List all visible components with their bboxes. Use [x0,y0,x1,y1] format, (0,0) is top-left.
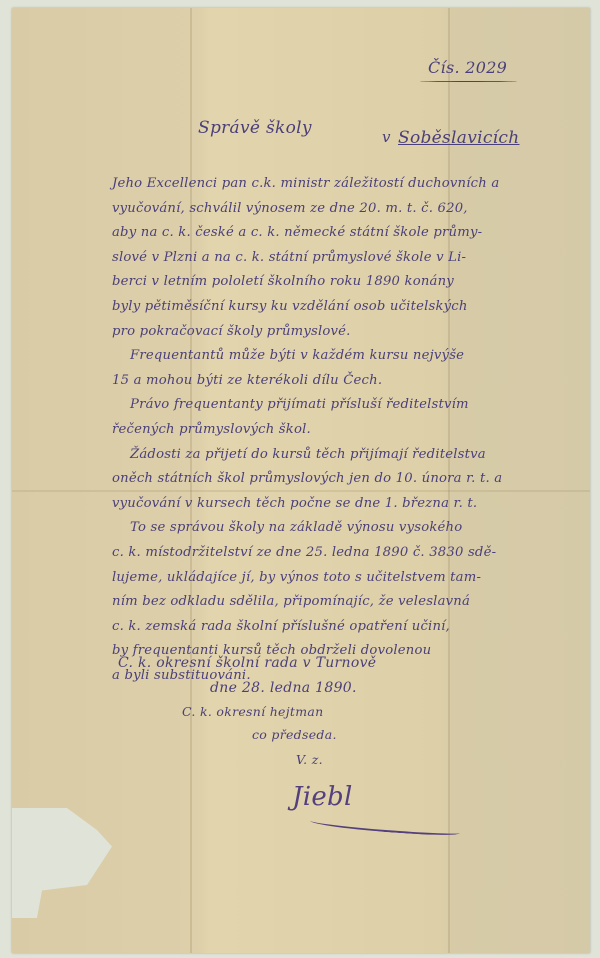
body-line: pro pokračovací školy průmyslové. [112,320,582,345]
closing-date: dne 28. ledna 1890. [210,680,357,696]
addressee-place: Soběslavicích [398,128,520,148]
closing-authority: C. k. okresní školní rada v Turnově [118,655,376,671]
body-line: c. k. místodržitelství ze dne 25. ledna … [112,541,582,566]
body-line: berci v letním pololetí školního roku 18… [112,270,582,295]
torn-corner [12,808,112,918]
body-line: řečených průmyslových škol. [112,418,582,443]
body-line: 15 a mohou býti ze kterékoli dílu Čech. [112,369,582,394]
body-line: Právo frequentanty přijímati přísluší ře… [112,393,582,418]
signature: Jiebl [292,782,353,812]
body-line: c. k. zemská rada školní příslušné opatř… [112,615,582,640]
closing-title: C. k. okresní hejtman [182,704,324,719]
body-line: lujeme, ukládajíce jí, by výnos toto s u… [112,566,582,591]
body-line: Jeho Excellenci pan c.k. ministr záležit… [112,172,582,197]
body-line: To se správou školy na základě výnosu vy… [112,516,582,541]
letter-body: Jeho Excellenci pan c.k. ministr záležit… [112,172,582,688]
body-line: Frequentantů může býti v každém kursu ne… [112,344,582,369]
addressee-line: Správě školy [198,118,312,138]
body-line: aby na c. k. české a c. k. německé státn… [112,221,582,246]
body-line: byly pětiměsíční kursy ku vzdělání osob … [112,295,582,320]
body-line: slové v Plzni a na c. k. státní průmyslo… [112,246,582,271]
body-line: vyučování, schválil výnosem ze dne 20. m… [112,197,582,222]
addressee-separator: v [382,128,391,146]
body-line: Žádosti za přijetí do kursů těch přijíma… [112,443,582,468]
body-line: ním bez odkladu sdělila, připomínajíc, ž… [112,590,582,615]
closing-abbrev: V. z. [296,752,323,767]
reference-number: Čís. 2029 [428,58,507,77]
body-line: oněch státních škol průmyslových jen do … [112,467,582,492]
closing-role: co předseda. [252,727,337,742]
body-line: vyučování v kursech těch počne se dne 1.… [112,492,582,517]
